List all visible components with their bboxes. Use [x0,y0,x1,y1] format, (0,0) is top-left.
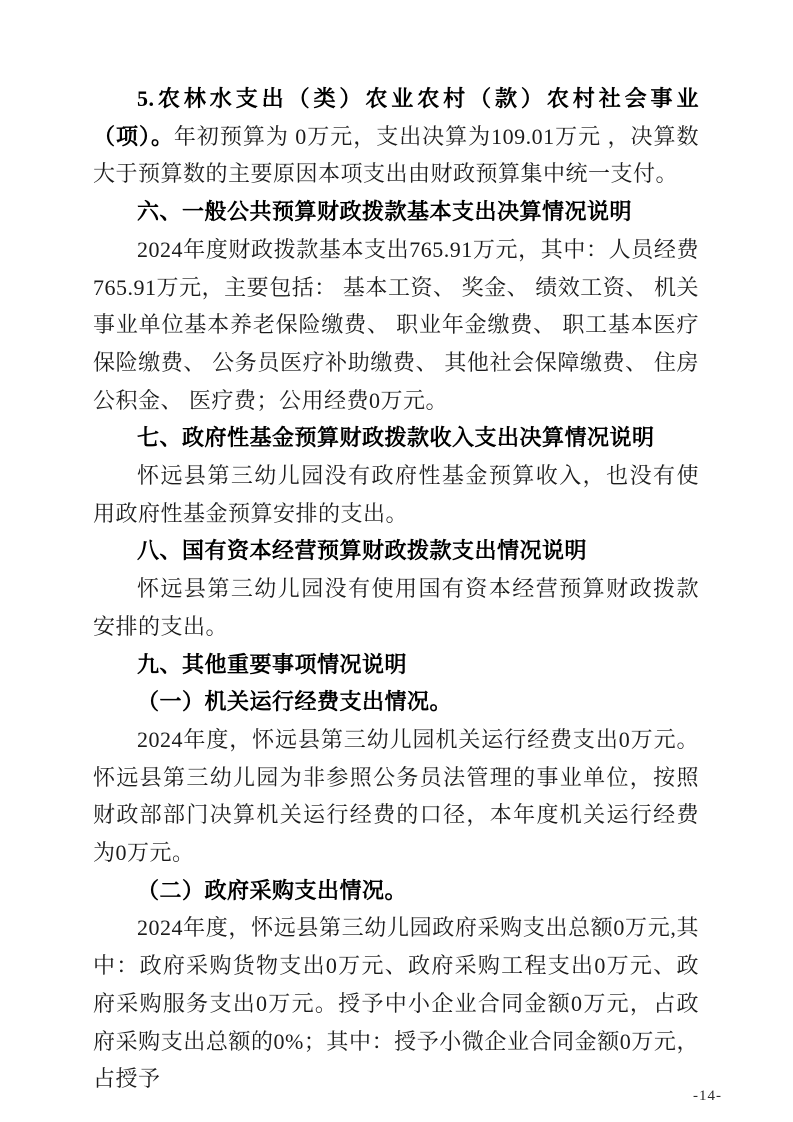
document-page: 5.农林水支出（类）农业农村（款）农村社会事业（项）。年初预算为 0万元，支出决… [0,0,793,1122]
section-9-sub-2-paragraph: 2024年度，怀远县第三幼儿园政府采购支出总额0万元,其中：政府采购货物支出0万… [93,909,699,1098]
section-6-heading: 六、一般公共预算财政拨款基本支出决算情况说明 [93,193,699,231]
paragraph-item-5: 5.农林水支出（类）农业农村（款）农村社会事业（项）。年初预算为 0万元，支出决… [93,80,699,193]
section-9-sub-2-heading: （二）政府采购支出情况。 [93,872,699,910]
page-number: -14- [693,1086,753,1106]
section-9-heading: 九、其他重要事项情况说明 [93,646,699,684]
section-9-sub-1-heading: （一）机关运行经费支出情况。 [93,683,699,721]
section-8-paragraph: 怀远县第三幼儿园没有使用国有资本经营预算财政拨款安排的支出。 [93,570,699,645]
section-9-sub-1-paragraph: 2024年度，怀远县第三幼儿园机关运行经费支出0万元。怀远县第三幼儿园为非参照公… [93,721,699,872]
section-8-heading: 八、国有资本经营预算财政拨款支出情况说明 [93,532,699,570]
item-5-body-text: 年初预算为 0万元，支出决算为109.01万元 ，决算数大于预算数的主要原因本项… [93,124,699,187]
document-text-block: 5.农林水支出（类）农业农村（款）农村社会事业（项）。年初预算为 0万元，支出决… [93,80,699,1098]
section-7-paragraph: 怀远县第三幼儿园没有政府性基金预算收入，也没有使用政府性基金预算安排的支出。 [93,457,699,532]
section-6-paragraph: 2024年度财政拨款基本支出765.91万元，其中：人员经费765.91万元，主… [93,231,699,420]
section-7-heading: 七、政府性基金预算财政拨款收入支出决算情况说明 [93,419,699,457]
